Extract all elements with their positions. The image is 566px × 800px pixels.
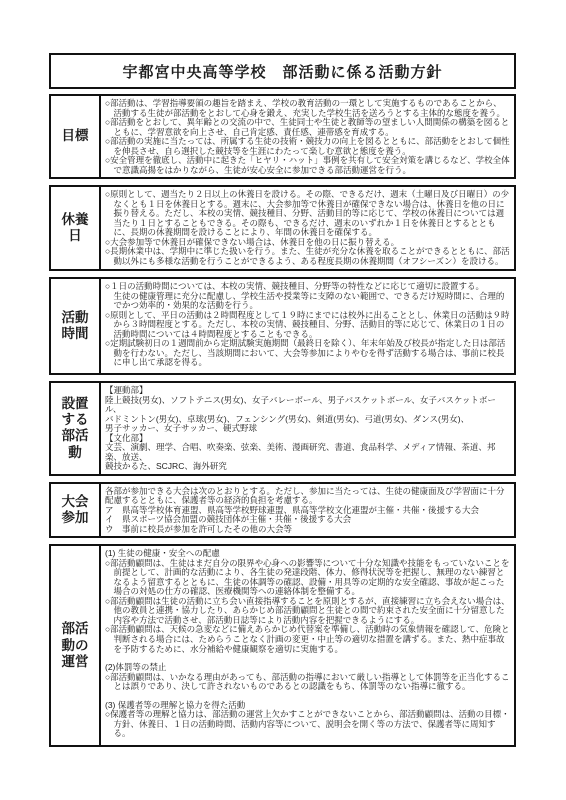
list-item: ウ 事前に校長が参加を許可したその他の大会等 bbox=[105, 525, 510, 535]
club-list-line: 競技かるた、SCJRC、海外研究 bbox=[105, 462, 510, 472]
paragraph: ○部活動顧問は生徒の活動に立ち会い直接指導することを原則とするが、直接練習に立ち… bbox=[105, 597, 510, 626]
section-established-clubs: 設置 する 部活 動 【運動部】 陸上競技(男女)、ソフトテニス(男女)、女子バ… bbox=[49, 381, 516, 476]
section-activity-hours: 活動 時間 ○１日の活動時間については、本校の実情、競技種目、分野等の特性などに… bbox=[49, 277, 516, 375]
section-goal: 目標 ○部活動は、学習指導要領の趣旨を踏まえ、学校の教育活動の一環として実施する… bbox=[49, 94, 516, 179]
section-club-management: 部活 動の 運営 (1) 生徒の健康・安全への配慮 ○部活動顧問は、生徒はまだ自… bbox=[49, 544, 516, 747]
paragraph: ○部活動は、学習指導要領の趣旨を踏まえ、学校の教育活動の一環として実施するもので… bbox=[105, 99, 510, 118]
paragraph: 各部が参加できる大会は次のとおりとする。ただし、参加に当たっては、生徒の健康面及… bbox=[105, 487, 510, 506]
section-label-rest-days: 休養 日 bbox=[51, 187, 101, 269]
paragraph: ○１日の活動時間については、本校の実情、競技種目、分野等の特性などに応じて適切に… bbox=[105, 282, 510, 311]
section-content-rest-days: ○原則として、週当たり２日以上の休養日を設ける。その際、できるだけ、週末（土曜日… bbox=[101, 187, 514, 269]
paragraph: ○定期試験初日の１週間前から定期試験実施期間（最終日を除く）、年末年始及び校長が… bbox=[105, 339, 510, 368]
paragraph: ○安全管理を徹底し、活動中に起きた「ヒヤリ・ハット」事例を共有して安全対策を講じ… bbox=[105, 156, 510, 175]
club-list-line: 文芸、演劇、理学、合唱、吹奏楽、弦楽、美術、漫画研究、書道、食品科学、メディア情… bbox=[105, 443, 510, 462]
section-label-tournament: 大会 参加 bbox=[51, 484, 101, 537]
paragraph: ○原則として、週当たり２日以上の休養日を設ける。その際、できるだけ、週末（土曜日… bbox=[105, 190, 510, 238]
paragraph: ○部活動顧問は、いかなる理由があっても、部活動の指導において厳しい指導として体罰… bbox=[105, 673, 510, 692]
section-content-club-management: (1) 生徒の健康・安全への配慮 ○部活動顧問は、生徒はまだ自分の限界や心身への… bbox=[101, 546, 514, 745]
paragraph: ○部活動の実施に当たっては、所属する生徒の技術・競技力の向上を図るとともに、部活… bbox=[105, 137, 510, 156]
section-label-established-clubs: 設置 する 部活 動 bbox=[51, 383, 101, 474]
section-content-tournament: 各部が参加できる大会は次のとおりとする。ただし、参加に当たっては、生徒の健康面及… bbox=[101, 484, 514, 537]
section-label-activity-hours: 活動 時間 bbox=[51, 279, 101, 373]
section-label-club-management: 部活 動の 運営 bbox=[51, 546, 101, 745]
club-list-line: 陸上競技(男女)、ソフトテニス(男女)、女子バレーボール、男子バスケットボール、… bbox=[105, 396, 510, 415]
section-content-established-clubs: 【運動部】 陸上競技(男女)、ソフトテニス(男女)、女子バレーボール、男子バスケ… bbox=[101, 383, 514, 474]
paragraph: ○部活動をとおして、異年齢との交流の中で、生徒同士や生徒と教師等の望ましい人間関… bbox=[105, 118, 510, 137]
section-content-goal: ○部活動は、学習指導要領の趣旨を踏まえ、学校の教育活動の一環として実施するもので… bbox=[101, 96, 514, 177]
paragraph: ○保護者等の理解と協力は、部活動の運営上欠かすことができないことから、部活動顧問… bbox=[105, 710, 510, 739]
paragraph: ○部活動顧問は、天候の急変などに備えあらかじめ代替案を準備し、活動時の気象情報を… bbox=[105, 625, 510, 654]
club-list-line: 男子サッカー、女子サッカー、硬式野球 bbox=[105, 424, 510, 434]
document-title: 宇都宮中央高等学校 部活動に係る活動方針 bbox=[49, 53, 516, 89]
policy-table: 宇都宮中央高等学校 部活動に係る活動方針 目標 ○部活動は、学習指導要領の趣旨を… bbox=[49, 53, 516, 753]
paragraph: ○原則として、平日の活動は２時間程度として１９時にまでには校外に出ることとし、休… bbox=[105, 311, 510, 340]
section-rest-days: 休養 日 ○原則として、週当たり２日以上の休養日を設ける。その際、できるだけ、週… bbox=[49, 185, 516, 271]
section-label-goal: 目標 bbox=[51, 96, 101, 177]
paragraph: ○長期休業中は、学期中に準じた扱いを行う。また、生徒が充分な休養を取ることができ… bbox=[105, 247, 510, 266]
document-page: 宇都宮中央高等学校 部活動に係る活動方針 目標 ○部活動は、学習指導要領の趣旨を… bbox=[0, 0, 566, 800]
paragraph: ○部活動顧問は、生徒はまだ自分の限界や心身への影響等について十分な知識や技能をも… bbox=[105, 559, 510, 597]
section-content-activity-hours: ○１日の活動時間については、本校の実情、競技種目、分野等の特性などに応じて適切に… bbox=[101, 279, 514, 373]
section-tournament-participation: 大会 参加 各部が参加できる大会は次のとおりとする。ただし、参加に当たっては、生… bbox=[49, 482, 516, 539]
